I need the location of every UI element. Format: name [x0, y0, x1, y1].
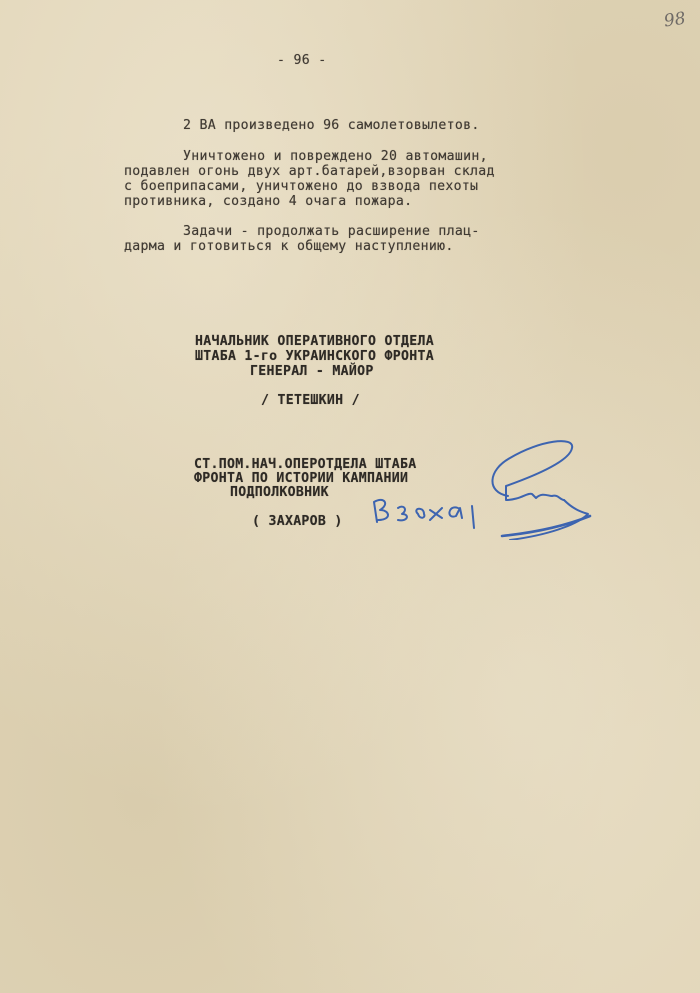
air-sorties-line: 2 ВА произведено 96 самолетовылетов.	[183, 119, 480, 133]
assistant-rank-line: ПОДПОЛКОВНИК	[230, 486, 329, 500]
page-number: - 96 -	[277, 54, 326, 68]
chief-title-line: НАЧАЛЬНИК ОПЕРАТИВНОГО ОТДЕЛА	[195, 335, 434, 349]
assistant-name: ( ЗАХАРОВ )	[252, 515, 343, 529]
chief-name: / ТЕТЕШКИН /	[261, 394, 360, 408]
results-line: противника, создано 4 очага пожара.	[124, 195, 412, 209]
document-page: 98 - 96 - 2 ВА произведено 96 самолетовы…	[0, 0, 700, 993]
archive-page-number: 98	[663, 9, 687, 32]
chief-rank-line: ГЕНЕРАЛ - МАЙОР	[250, 365, 374, 379]
results-line: с боеприпасами, уничтожено до взвода пех…	[124, 180, 478, 194]
results-line: Уничтожено и повреждено 20 автомашин,	[183, 150, 488, 164]
handwritten-signature-icon	[360, 430, 610, 540]
tasks-line: дарма и готовиться к общему наступлению.	[124, 240, 454, 254]
chief-title-line: ШТАБА 1-го УКРАИНСКОГО ФРОНТА	[195, 350, 434, 364]
results-line: подавлен огонь двух арт.батарей,взорван …	[124, 165, 495, 179]
tasks-line: Задачи - продолжать расширение плац-	[183, 225, 480, 239]
